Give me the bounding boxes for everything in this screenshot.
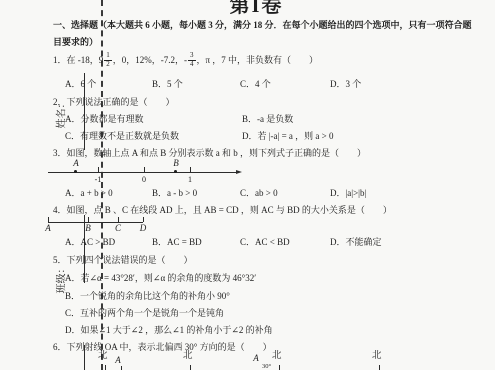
point-a-label: A	[70, 158, 82, 169]
q2-option-a: A．分数都是有理数	[65, 114, 144, 125]
compass4-north-label: 北	[372, 351, 382, 362]
compass3-angle-label: 30°	[262, 361, 271, 370]
question-4-stem: 4．如图，点 B 、C 在线段 AD 上，且 AB = CD ，则 AC 与 B…	[53, 205, 392, 216]
point-b-dot	[174, 170, 177, 173]
q2-option-c: C．有理数不是正数就是负数	[65, 131, 179, 142]
q1-option-c: C．4 个	[240, 79, 271, 90]
question-4-options: A．AC > BD B．AC = BD C．AC < BD D．不能确定	[0, 237, 495, 249]
seg-label-b: B	[82, 223, 94, 234]
compass1-north-label: 北	[98, 351, 108, 362]
q4-option-c: C．AC < BD	[240, 237, 290, 248]
tick-minus1	[98, 167, 99, 172]
q5-option-d: D．如果∠1 大于∠2 ，那么∠1 的补角小于∠2 的补角	[65, 325, 273, 336]
q1-option-d: D．3 个	[330, 79, 361, 90]
point-b-label: B	[170, 158, 182, 169]
compass3-north-arrow	[279, 365, 280, 370]
question-6-stem: 6．下列射线 OA 中，表示北偏西 30° 方向的是（ ）	[53, 342, 272, 353]
tick-label-0: 0	[137, 174, 151, 185]
tick-1	[190, 167, 191, 172]
q1-text-mid: ，0，12%，-7.2，-	[113, 55, 187, 66]
seg-tick-d	[143, 217, 144, 222]
compass3-a-label: A	[250, 353, 262, 364]
page-title: 第I卷	[18, 0, 495, 17]
exam-page: 姓名： 班级： 第I卷 一、选择题（本大题共 6 小题，每小题 3 分，满分 1…	[0, 0, 495, 370]
compass2-north-label: 北	[183, 351, 193, 362]
question-2-stem: 2．下列说法正确的是（ ）	[53, 97, 175, 108]
q3-option-b: B．a - b > 0	[152, 188, 197, 199]
q3-option-c: C．ab > 0	[240, 188, 278, 199]
seg-label-d: D	[137, 223, 149, 234]
question-5-stem: 5．下列四个说法错误的是（ ）	[53, 255, 193, 266]
q1-option-a: A．6 个	[65, 79, 96, 90]
q4-option-a: A．AC > BD	[65, 237, 115, 248]
q5-option-c: C．互补的两个角一个是锐角一个是钝角	[65, 308, 224, 319]
seg-label-a: A	[42, 223, 54, 234]
compass1-north-arrow	[105, 365, 106, 370]
question-3-options: A．a + b > 0 B．a - b > 0 C．ab > 0 D．|a|>|…	[0, 188, 495, 200]
section-header-line1: 一、选择题（本大题共 6 小题，每小题 3 分，满分 18 分．在每个小题给出的…	[53, 20, 472, 31]
compass3-north-label: 北	[272, 351, 282, 362]
question-2-options-row2: C．有理数不是正数就是负数 D．若 |-a| = a ，则 a > 0	[0, 131, 495, 143]
compass4-north-arrow	[379, 365, 380, 370]
number-line-arrow-icon	[236, 170, 242, 174]
q4-option-b: B．AC = BD	[152, 237, 202, 248]
segment-line	[48, 222, 143, 223]
q3-option-d: D．|a|>|b|	[330, 188, 366, 199]
tick-label-1: 1	[183, 174, 197, 185]
q1-fraction-1: 12	[104, 52, 112, 68]
question-1-stem: 1．在 -18，912，0，12%，-7.2，-34，π ，7 中，非负数有（ …	[53, 51, 318, 69]
question-2-options-row1: A．分数都是有理数 B．-a 是负数	[0, 114, 495, 126]
q2-option-d: D．若 |-a| = a ，则 a > 0	[242, 131, 334, 142]
seg-label-c: C	[112, 223, 124, 234]
q5-option-b: B．一个锐角的余角比这个角的补角小 90°	[65, 291, 230, 302]
question-3-stem: 3．如图，数轴上点 A 和点 B 分别表示数 a 和 b ，则下列式子正确的是（…	[53, 148, 366, 159]
q2-option-b: B．-a 是负数	[242, 114, 293, 125]
q3-option-a: A．a + b > 0	[65, 188, 113, 199]
compass1-ray	[121, 366, 122, 370]
seg-tick-c	[118, 217, 119, 222]
seg-tick-a	[48, 217, 49, 222]
q4-option-d: D．不能确定	[330, 237, 382, 248]
q1-option-b: B．5 个	[152, 79, 183, 90]
point-a-dot	[74, 170, 77, 173]
compass2-north-arrow	[190, 365, 191, 370]
compass1-a-label: A	[112, 355, 124, 366]
tick-0	[144, 167, 145, 172]
q1-fraction-2: 34	[188, 52, 196, 68]
q1-text-pre: 1．在 -18，9	[53, 55, 103, 66]
seg-tick-b	[88, 217, 89, 222]
section-header-line2: 目要求的）	[53, 37, 98, 48]
q1-text-post: ，π ，7 中，非负数有（ ）	[197, 55, 319, 66]
q5-option-a: A．若∠α = 43°28′，则∠α 的余角的度数为 46°32′	[65, 273, 256, 284]
tick-label-minus1: -1	[91, 174, 105, 185]
question-1-options: A．6 个 B．5 个 C．4 个 D．3 个	[0, 79, 495, 91]
